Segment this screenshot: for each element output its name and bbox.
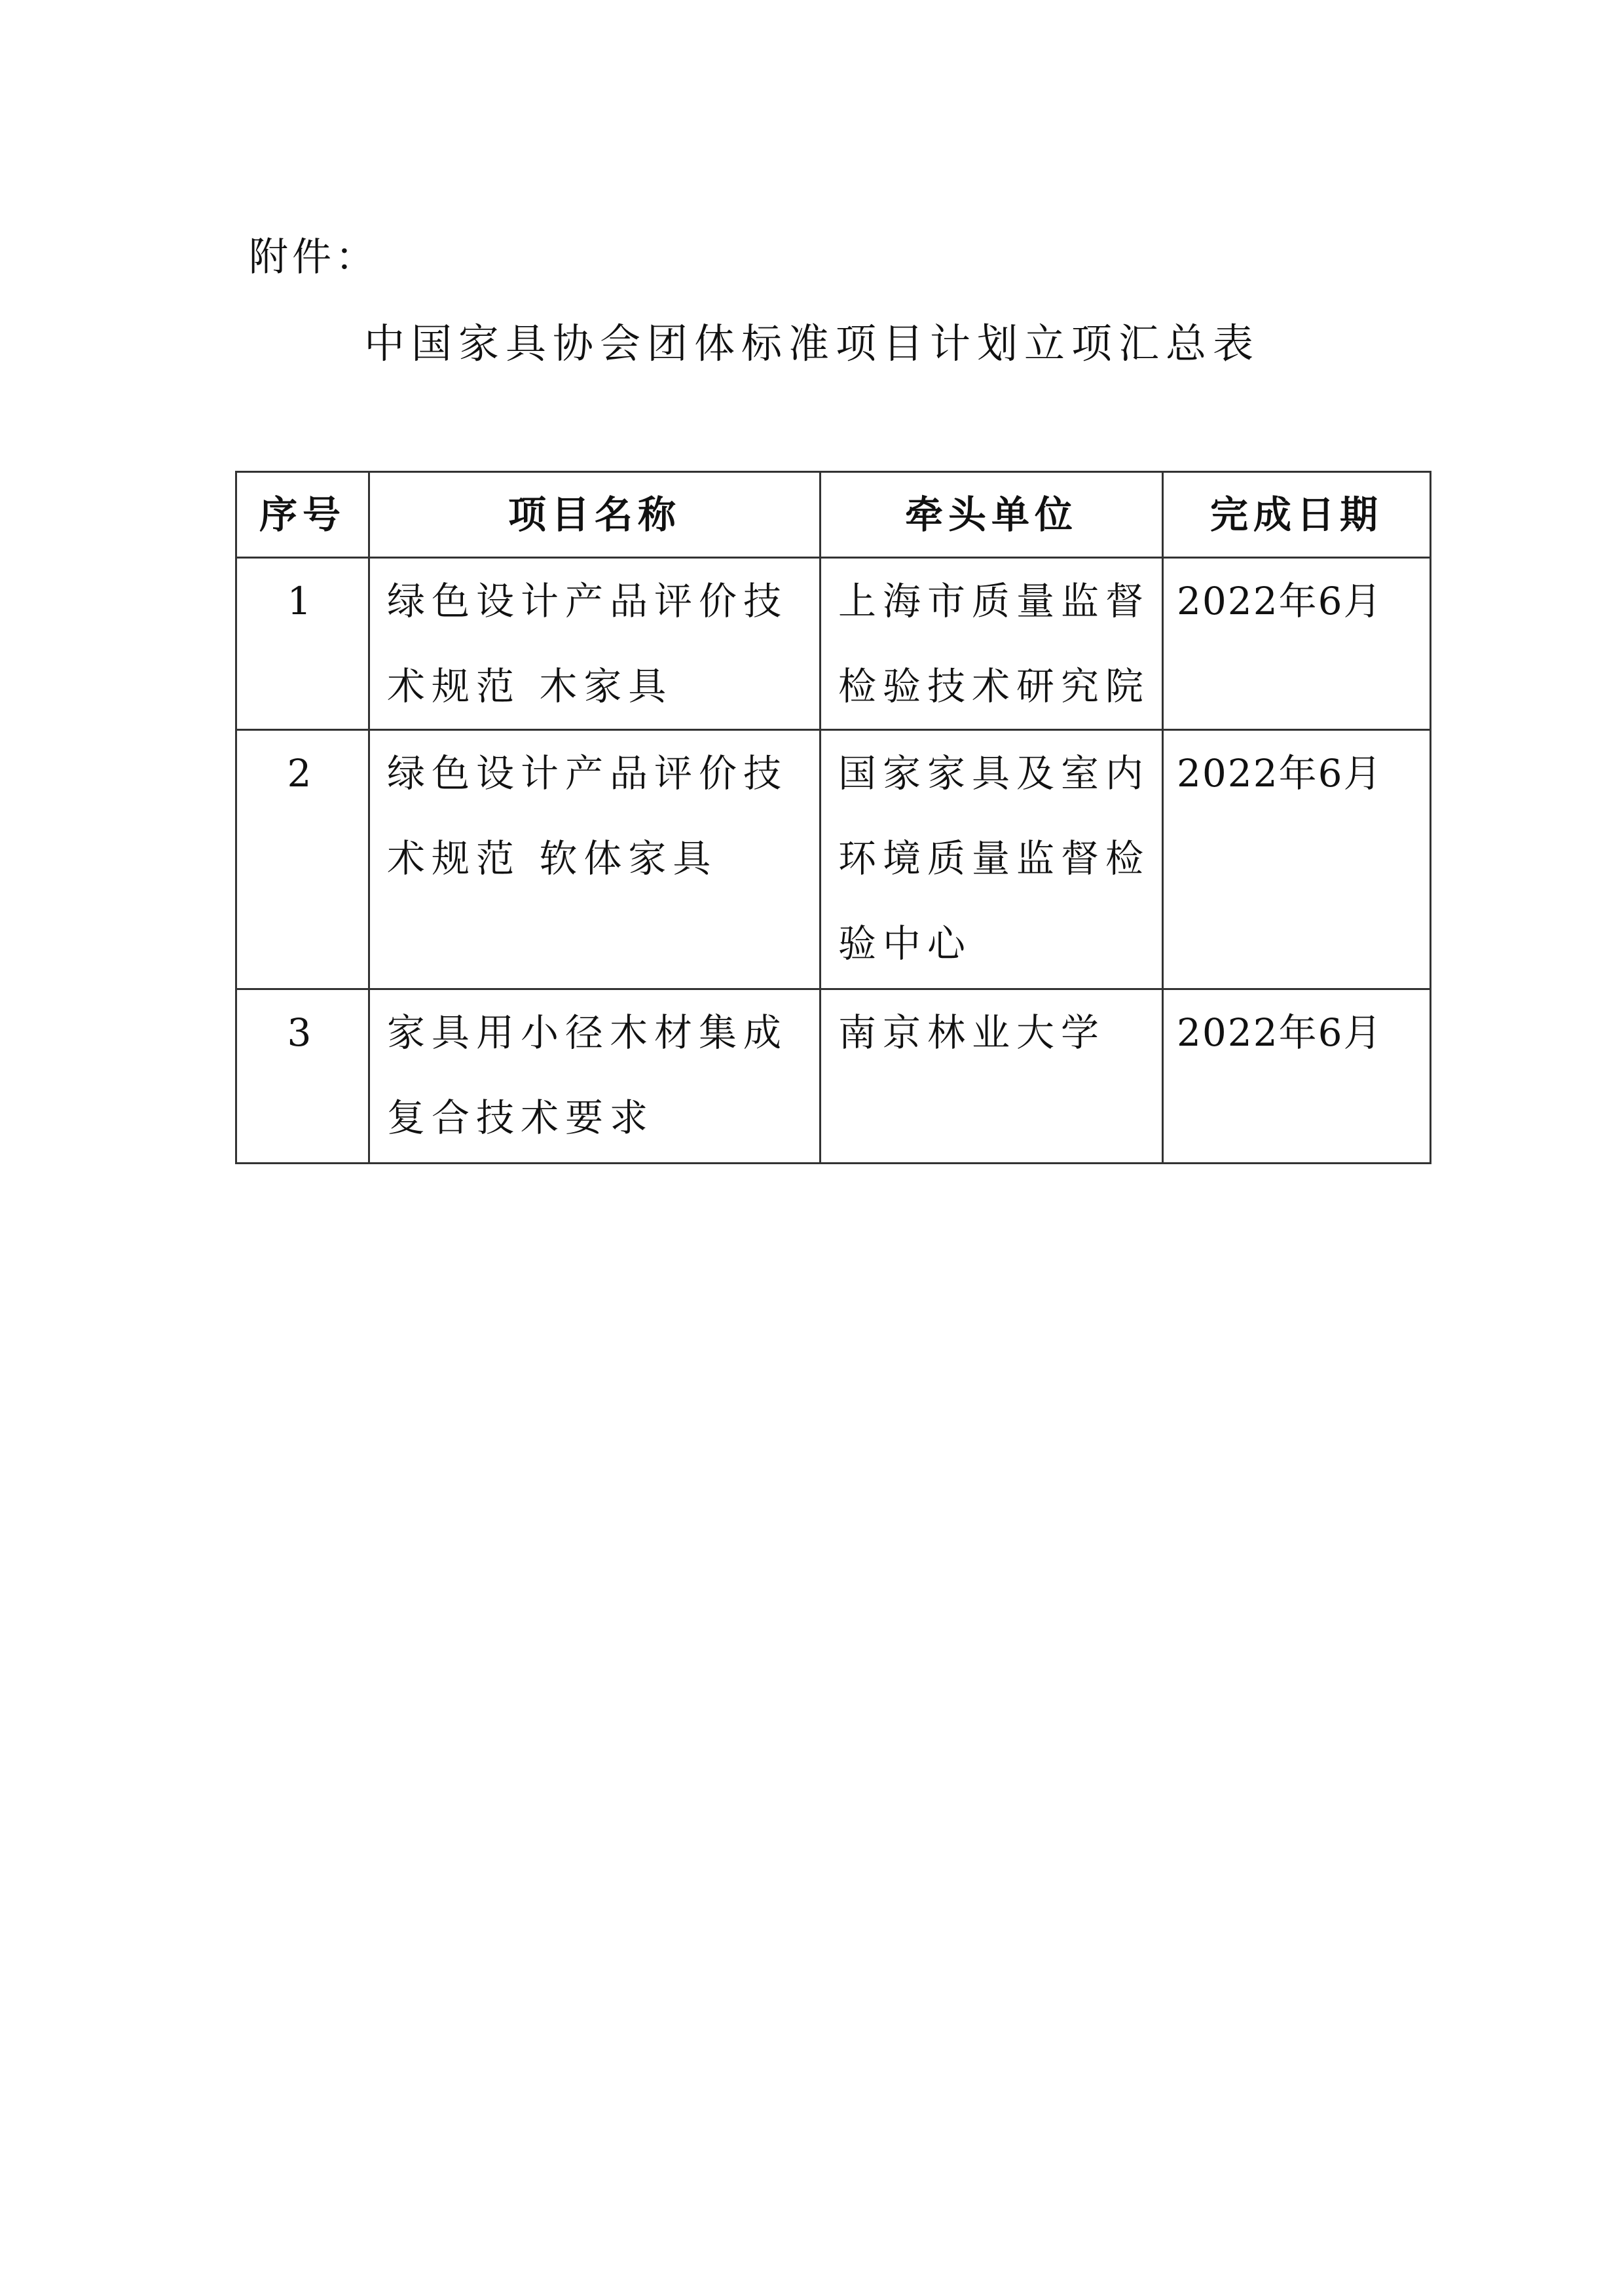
- cell-no: 3: [236, 989, 369, 1164]
- cell-completion-date: 2022年6月: [1163, 730, 1431, 989]
- cell-lead-unit: 上海市质量监督检验技术研究院: [821, 558, 1163, 730]
- cell-name: 家具用小径木材集成复合技术要求: [369, 989, 821, 1164]
- cell-name: 绿色设计产品评价技术规范 木家具: [369, 558, 821, 730]
- cell-lead-unit: 国家家具及室内环境质量监督检验中心: [821, 730, 1163, 989]
- table-row: 1 绿色设计产品评价技术规范 木家具 上海市质量监督检验技术研究院 2022年6…: [236, 558, 1431, 730]
- cell-lead-unit: 南京林业大学: [821, 989, 1163, 1164]
- header-lead-unit: 牵头单位: [821, 472, 1163, 558]
- table-header-row: 序号 项目名称 牵头单位 完成日期: [236, 472, 1431, 558]
- standards-summary-table: 序号 项目名称 牵头单位 完成日期 1 绿色设计产品评价技术规范 木家具 上海市…: [235, 471, 1431, 1164]
- cell-name: 绿色设计产品评价技术规范 软体家具: [369, 730, 821, 989]
- page-title: 中国家具协会团体标准项目计划立项汇总表: [0, 311, 1624, 369]
- cell-completion-date: 2022年6月: [1163, 989, 1431, 1164]
- table-row: 3 家具用小径木材集成复合技术要求 南京林业大学 2022年6月: [236, 989, 1431, 1164]
- cell-no: 1: [236, 558, 369, 730]
- header-completion-date: 完成日期: [1163, 472, 1431, 558]
- attachment-label: 附件：: [249, 226, 378, 282]
- header-no: 序号: [236, 472, 369, 558]
- header-name: 项目名称: [369, 472, 821, 558]
- table-row: 2 绿色设计产品评价技术规范 软体家具 国家家具及室内环境质量监督检验中心 20…: [236, 730, 1431, 989]
- cell-no: 2: [236, 730, 369, 989]
- cell-completion-date: 2022年6月: [1163, 558, 1431, 730]
